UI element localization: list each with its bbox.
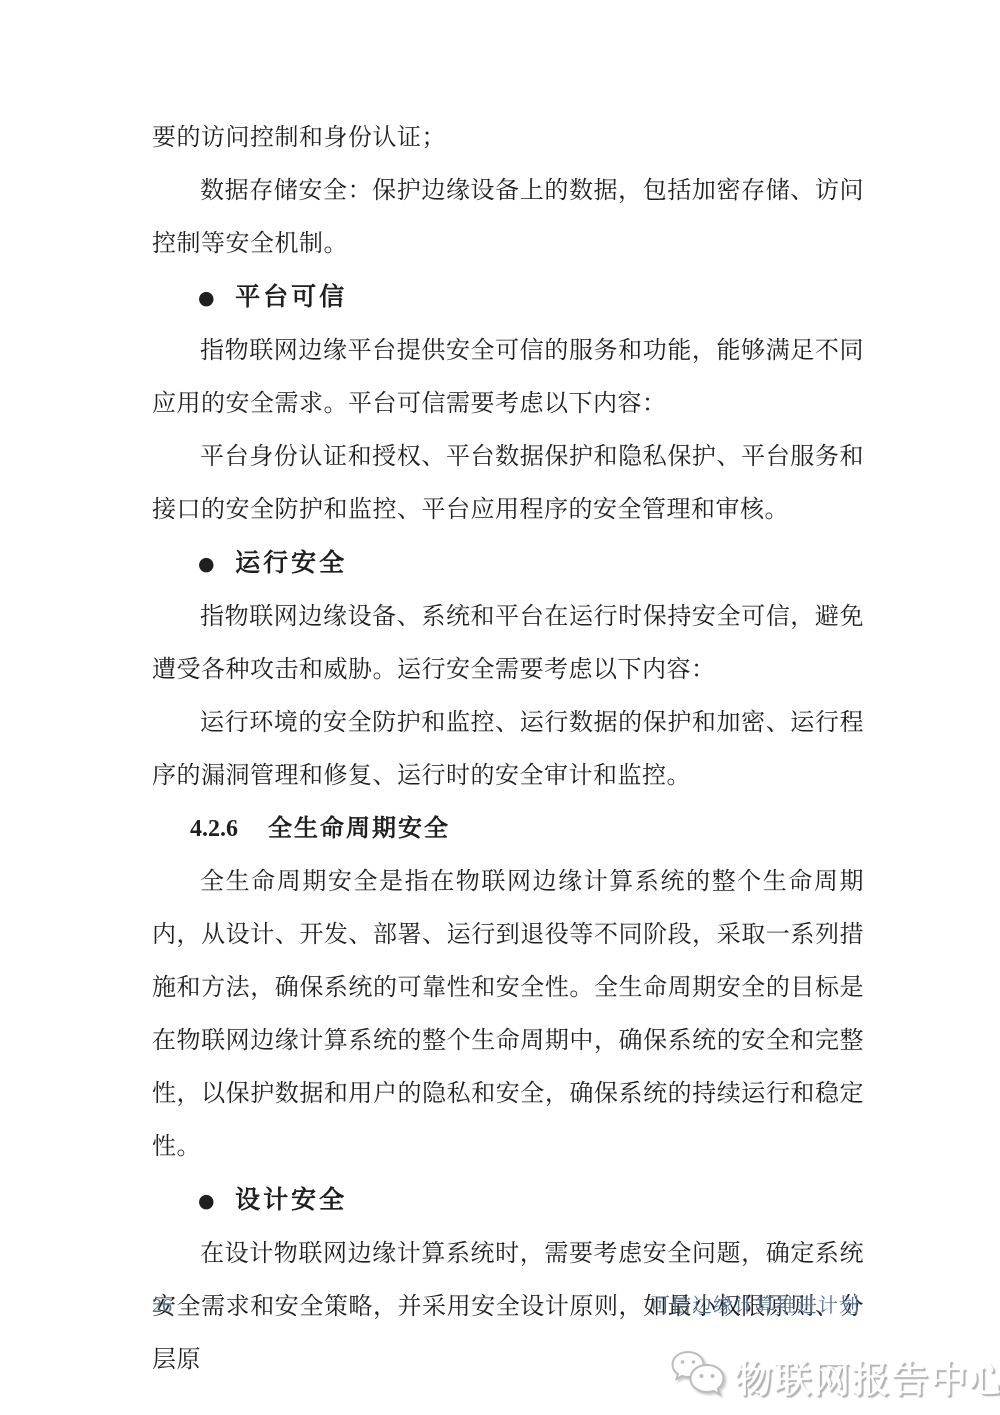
section-number: 4.2.6	[190, 816, 238, 842]
watermark-text: 物联网报告中心	[735, 1349, 1000, 1403]
bullet-icon: ●	[198, 272, 215, 325]
page-number: 26	[152, 1293, 172, 1319]
paragraph-platform-trust-intro: 指物联网边缘平台提供安全可信的服务和功能，能够满足不同应用的安全需求。平台可信需…	[152, 325, 864, 431]
bullet-heading-label: 运行安全	[235, 550, 347, 577]
document-page: 要的访问控制和身份认证； 数据存储安全：保护边缘设备上的数据，包括加密存储、访问…	[0, 0, 1000, 1415]
bullet-icon: ●	[198, 1175, 215, 1228]
paragraph-platform-trust-items: 平台身份认证和授权、平台数据保护和隐私保护、平台服务和接口的安全防护和监控、平台…	[152, 431, 864, 537]
paragraph-data-storage-security: 数据存储安全：保护边缘设备上的数据，包括加密存储、访问控制等安全机制。	[152, 165, 864, 271]
page-footer: 26 可信边缘计算推进计划	[152, 1293, 860, 1319]
footer-document-title: 可信边缘计算推进计划	[650, 1293, 860, 1319]
document-content: 要的访问控制和身份认证； 数据存储安全：保护边缘设备上的数据，包括加密存储、访问…	[152, 112, 864, 1387]
bullet-heading-label: 平台可信	[235, 284, 347, 311]
bullet-heading-design-security: ●设计安全	[152, 1174, 864, 1228]
paragraph-runtime-security-intro: 指物联网边缘设备、系统和平台在运行时保持安全可信，避免遭受各种攻击和威胁。运行安…	[152, 591, 864, 697]
bullet-heading-label: 设计安全	[235, 1187, 347, 1214]
bullet-heading-platform-trust: ●平台可信	[152, 271, 864, 325]
watermark: 物联网报告中心	[669, 1348, 1000, 1404]
paragraph-runtime-security-items: 运行环境的安全防护和监控、运行数据的保护和加密、运行程序的漏洞管理和修复、运行时…	[152, 697, 864, 803]
section-title: 全生命周期安全	[268, 816, 450, 842]
paragraph-continuation: 要的访问控制和身份认证；	[152, 112, 864, 165]
section-heading-lifecycle-security: 4.2.6全生命周期安全	[152, 803, 864, 856]
wechat-icon	[669, 1348, 727, 1404]
bullet-icon: ●	[198, 538, 215, 591]
paragraph-lifecycle-security: 全生命周期安全是指在物联网边缘计算系统的整个生命周期内，从设计、开发、部署、运行…	[152, 856, 864, 1174]
bullet-heading-runtime-security: ●运行安全	[152, 537, 864, 591]
